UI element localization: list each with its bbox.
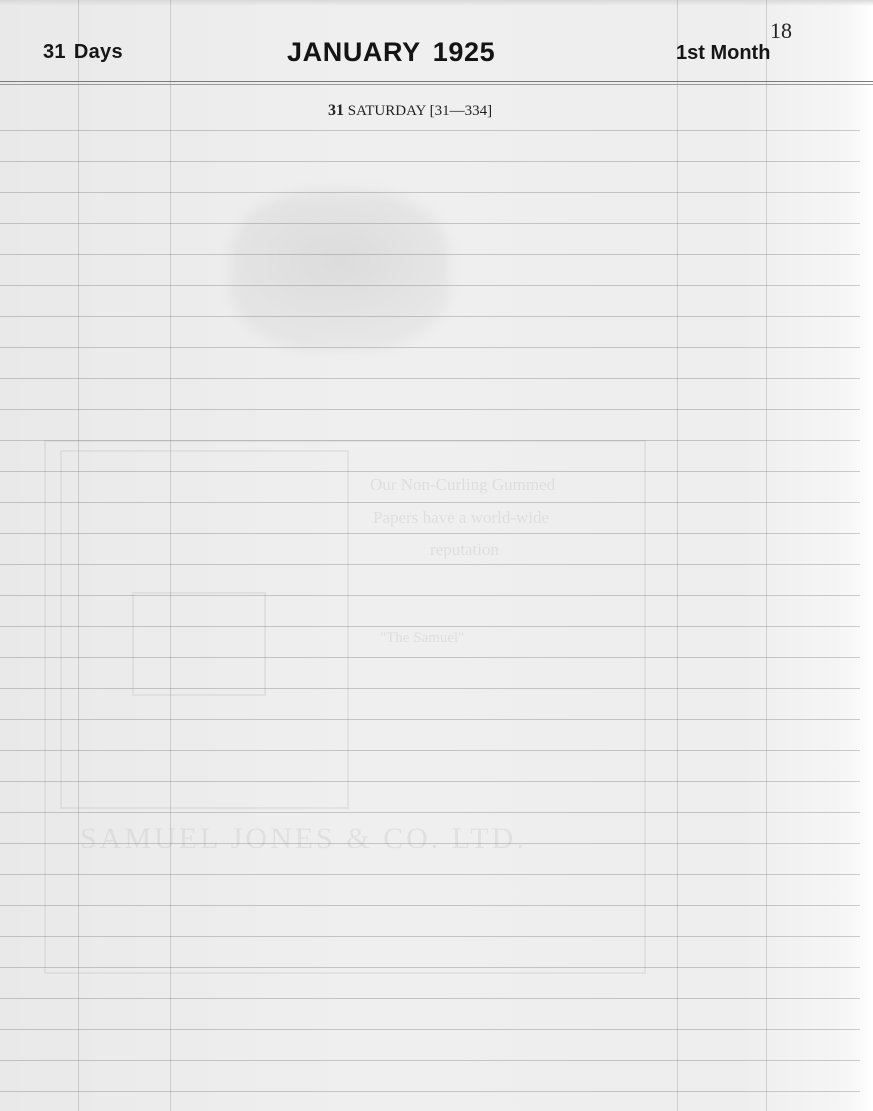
writing-line <box>0 719 860 720</box>
writing-line <box>0 1029 860 1030</box>
column-rule <box>766 0 767 1111</box>
header-rule-top <box>0 81 873 82</box>
writing-line <box>0 347 860 348</box>
bleed-through-text: Papers have a world-wide <box>373 508 549 528</box>
writing-line <box>0 254 860 255</box>
writing-line <box>0 378 860 379</box>
day-heading: 31 SATURDAY [31—334] <box>328 102 492 120</box>
writing-line <box>0 750 860 751</box>
diary-page: Our Non-Curling Gummed Papers have a wor… <box>0 0 873 1111</box>
writing-line <box>0 130 860 131</box>
bleed-through-text: Our Non-Curling Gummed <box>370 475 555 495</box>
column-rule <box>677 0 678 1111</box>
days-count: 31 <box>43 41 66 63</box>
writing-line <box>0 626 860 627</box>
bleed-through-illustration <box>230 190 450 350</box>
writing-line <box>0 936 860 937</box>
writing-line <box>0 223 860 224</box>
writing-line <box>0 440 860 441</box>
writing-line <box>0 471 860 472</box>
writing-line <box>0 316 860 317</box>
weekday: SATURDAY <box>348 103 426 119</box>
writing-line <box>0 781 860 782</box>
writing-line <box>0 409 860 410</box>
writing-line <box>0 874 860 875</box>
month-title: JANUARY1925 <box>287 37 495 68</box>
writing-line <box>0 812 860 813</box>
page-number: 18 <box>770 18 792 44</box>
bleed-through-text: SAMUEL JONES & CO. LTD. <box>80 822 527 856</box>
writing-line <box>0 192 860 193</box>
month-name: JANUARY <box>287 37 421 67</box>
writing-line <box>0 1091 860 1092</box>
writing-line <box>0 1060 860 1061</box>
month-index: 1st Month <box>676 42 770 65</box>
writing-line <box>0 564 860 565</box>
page-top-edge <box>0 0 873 6</box>
day-of-year: [31—334] <box>430 103 493 119</box>
days-in-month: 31Days <box>43 41 123 64</box>
writing-line <box>0 905 860 906</box>
header-rule-bottom <box>0 84 873 85</box>
day-number: 31 <box>328 102 344 119</box>
writing-line <box>0 843 860 844</box>
writing-line <box>0 595 860 596</box>
bleed-through-package <box>132 592 266 696</box>
column-rule <box>78 0 79 1111</box>
year: 1925 <box>433 37 495 67</box>
bleed-through-text: reputation <box>430 540 499 560</box>
writing-line <box>0 161 860 162</box>
writing-line <box>0 998 860 999</box>
writing-line <box>0 285 860 286</box>
days-label: Days <box>74 41 123 63</box>
bleed-through-text: "The Samuel" <box>380 630 464 647</box>
writing-line <box>0 657 860 658</box>
writing-line <box>0 967 860 968</box>
writing-line <box>0 502 860 503</box>
writing-line <box>0 688 860 689</box>
writing-line <box>0 533 860 534</box>
column-rule <box>170 0 171 1111</box>
